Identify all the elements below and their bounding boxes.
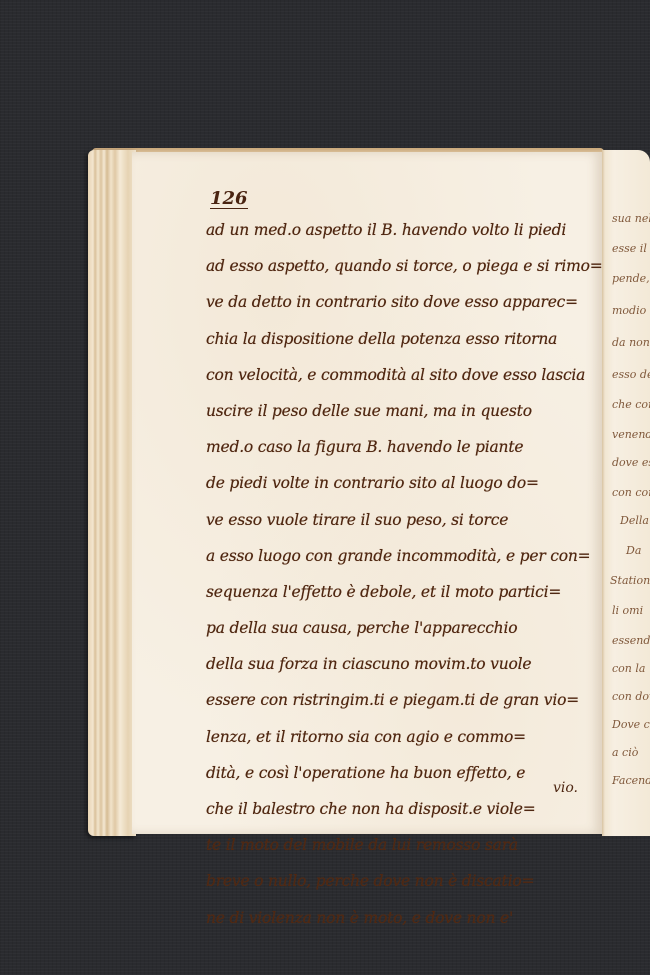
facing-text-line: Da xyxy=(626,544,641,557)
facing-text-line: Della xyxy=(620,514,649,527)
facing-text-line: essendo xyxy=(612,634,650,647)
facing-text-line: a ciò xyxy=(612,746,638,759)
text-line: te il moto del mobile da lui remosso sar… xyxy=(206,827,598,863)
text-line: lenza, et il ritorno sia con agio e comm… xyxy=(206,719,598,755)
catchword: vio. xyxy=(553,780,578,796)
manuscript-page-verso: 126 ad un med.o aspetto il B. havendo vo… xyxy=(132,152,602,834)
text-line: essere con ristringim.ti e piegam.ti de … xyxy=(206,682,598,718)
text-line: sequenza l'effetto è debole, et il moto … xyxy=(206,574,598,610)
facing-text-line: esso debbe xyxy=(612,368,650,381)
text-line: che il balestro che non ha disposit.e vi… xyxy=(206,791,598,827)
text-line: ve da detto in contrario sito dove esso … xyxy=(206,284,598,320)
facing-text-line: che con xyxy=(612,398,650,411)
text-line: de piedi volte in contrario sito al luog… xyxy=(206,465,598,501)
text-line: pa della sua causa, perche l'apparecchio xyxy=(206,610,598,646)
text-line: breve o nullo, perche dove non è discati… xyxy=(206,863,598,899)
facing-text-line: Stationi ugua xyxy=(610,574,650,587)
facing-text-line: sua nel nov xyxy=(612,212,650,225)
text-line: a esso luogo con grande incommodità, e p… xyxy=(206,538,598,574)
text-line: uscire il peso delle sue mani, ma in que… xyxy=(206,393,598,429)
facing-text-line: pende, o vi xyxy=(612,272,650,285)
facing-text-line: dove esso sia xyxy=(612,456,650,469)
text-line: ve esso vuole tirare il suo peso, si tor… xyxy=(206,502,598,538)
folio-number: 126 xyxy=(210,190,248,209)
text-line: ad un med.o aspetto il B. havendo volto … xyxy=(206,212,598,248)
text-line: ad esso aspetto, quando si torce, o pieg… xyxy=(206,248,598,284)
facing-text-line: venendo xyxy=(612,428,650,441)
facing-text-line: con la xyxy=(612,662,645,675)
facing-text-line: con dove xyxy=(612,690,650,703)
facing-text-line: li omi xyxy=(612,604,643,617)
facing-text-line: modio pu xyxy=(612,304,650,317)
text-line: dità, e così l'operatione ha buon effett… xyxy=(206,755,598,791)
facing-page-recto: sua nel nov esse il corso pende, o vi mo… xyxy=(602,150,650,836)
facing-text-line: Dove con xyxy=(612,718,650,731)
text-line: med.o caso la figura B. havendo le piant… xyxy=(206,429,598,465)
open-book: 126 ad un med.o aspetto il B. havendo vo… xyxy=(88,150,650,836)
text-line: ne di violenza non è moto, e dove non e' xyxy=(206,900,598,936)
manuscript-text-block: ad un med.o aspetto il B. havendo volto … xyxy=(206,212,598,936)
text-line: chia la dispositione della potenza esso … xyxy=(206,321,598,357)
text-line: con velocità, e commodità al sito dove e… xyxy=(206,357,598,393)
facing-text-line: esse il corso xyxy=(612,242,650,255)
text-line: della sua forza in ciascuno movim.to vuo… xyxy=(206,646,598,682)
page-block-edges xyxy=(88,150,136,836)
facing-text-line: Facendo la xyxy=(612,774,650,787)
facing-text-line: con commodi xyxy=(612,486,650,499)
facing-text-line: da non si xyxy=(612,336,650,349)
